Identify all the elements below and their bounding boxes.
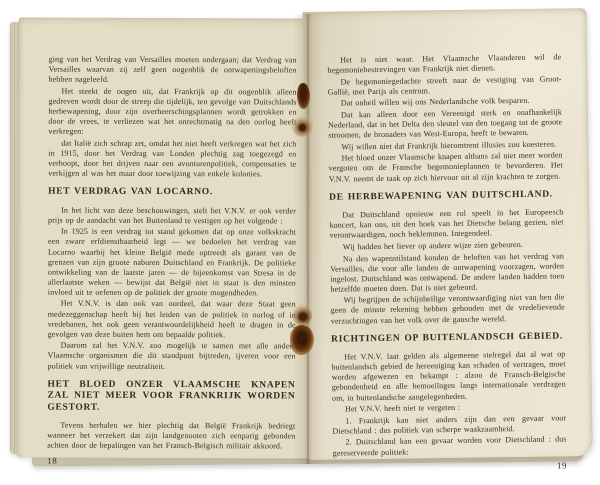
page-left-text-column: ging van het Verdrag van Versailles moet…: [47, 55, 296, 467]
paragraph: Wij begrijpen de schijnheilige verontwaa…: [331, 293, 565, 327]
paragraph: Na den wapenstilstand konden de beloften…: [330, 251, 565, 295]
paragraph: In 1925 is een verdrag tot stand gekomen…: [48, 227, 296, 299]
section-heading: HET VERDRAG VAN LOCARNO.: [48, 187, 296, 199]
page-number-right: 19: [333, 460, 567, 473]
paragraph: Tevens herhalen we hier plechtig dat Bel…: [47, 421, 295, 452]
paragraph: Het bloed onzer Vlaamsche knapen althans…: [329, 151, 563, 185]
page-number-left: 18: [47, 456, 295, 467]
page-right-text-column: Het is niet waar. Het Vlaamsche Vlaander…: [327, 52, 567, 473]
page-left-blocks: ging van het Verdrag van Versailles moet…: [47, 55, 296, 452]
paragraph: Dat kan alleen door een Vereenigd sterk …: [328, 107, 562, 141]
paragraph: 2. Duitschland kan een gevaar worden voo…: [333, 435, 567, 458]
section-heading: DE HERBEWAPENING VAN DUITSCHLAND.: [329, 189, 563, 204]
page-right-blocks: Het is niet waar. Het Vlaamsche Vlaander…: [327, 52, 567, 458]
paragraph: dat Italië zich schrap zet, omdat het ni…: [48, 138, 296, 179]
paragraph: Het is niet waar. Het Vlaamsche Vlaander…: [327, 52, 561, 75]
paragraph: Dat Duitschland opnieuw een rol speelt i…: [329, 208, 563, 242]
paragraph: Het steekt de oogen uit, dat Frankrijk o…: [48, 86, 296, 137]
paragraph: Het V.N.V. is dan ook van oordeel, dat w…: [48, 299, 296, 340]
paragraph: 1. Frankrijk kan niet anders zijn dan ee…: [332, 413, 566, 436]
section-heading: RICHTINGEN OP BUITENLANDSCH GEBIED.: [331, 331, 565, 346]
open-book: ging van het Verdrag van Versailles moet…: [10, 8, 590, 470]
paragraph: Het V.N.V. laat gelden als algemeene ste…: [331, 350, 566, 404]
book-page-right: Het is niet waar. Het Vlaamsche Vlaander…: [303, 8, 593, 460]
book-page-left: ging van het Verdrag van Versailles moet…: [17, 17, 311, 458]
paragraph: Daarom zal het V.N.V. zoo mogelijk te sa…: [48, 341, 296, 372]
paragraph: ging van het Verdrag van Versailles moet…: [49, 55, 297, 86]
paragraph: In het licht van deze beschouwingen, ste…: [48, 205, 296, 226]
paragraph: De hegemoniegedachte streeft naar de ves…: [327, 74, 561, 97]
section-heading: HET BLOED ONZER VLAAMSCHE KNAPEN ZAL NIE…: [47, 379, 295, 414]
